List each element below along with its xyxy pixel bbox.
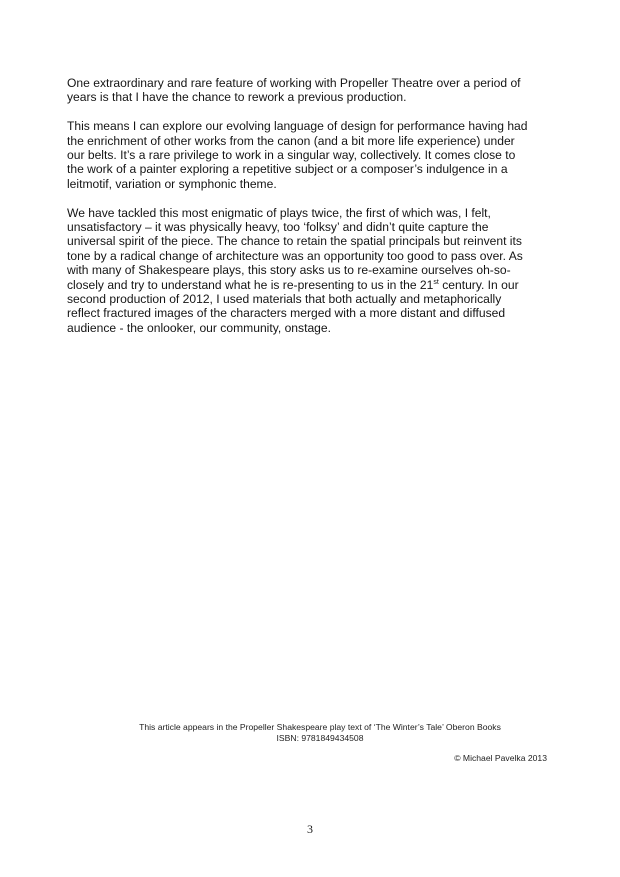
copyright-notice: © Michael Pavelka 2013 [454,753,547,763]
isbn: ISBN: 9781849434508 [100,733,540,744]
text-line: reflect fractured images of the characte… [67,306,557,320]
text-line: years is that I have the chance to rewor… [67,90,557,104]
text-line: closely and try to understand what he is… [67,278,557,292]
text-line: second production of 2012, I used materi… [67,292,557,306]
text-segment: closely and try to understand what he is… [67,278,433,292]
text-line: This means I can explore our evolving la… [67,119,557,133]
text-line: the work of a painter exploring a repeti… [67,162,557,176]
document-page: One extraordinary and rare feature of wo… [0,0,620,877]
publication-note-line: This article appears in the Propeller Sh… [100,722,540,733]
text-line: with many of Shakespeare plays, this sto… [67,263,557,277]
article-body: One extraordinary and rare feature of wo… [67,76,557,350]
text-line: unsatisfactory – it was physically heavy… [67,220,557,234]
text-line: the enrichment of other works from the c… [67,134,557,148]
text-segment: century. In our [439,278,519,292]
page-number: 3 [0,822,620,837]
text-line: leitmotif, variation or symphonic theme. [67,177,557,191]
paragraph-3: We have tackled this most enigmatic of p… [67,206,557,336]
text-line: One extraordinary and rare feature of wo… [67,76,557,90]
paragraph-2: This means I can explore our evolving la… [67,119,557,191]
text-line: our belts. It’s a rare privilege to work… [67,148,557,162]
text-line: tone by a radical change of architecture… [67,249,557,263]
text-line: audience - the onlooker, our community, … [67,321,557,335]
paragraph-1: One extraordinary and rare feature of wo… [67,76,557,105]
publication-note: This article appears in the Propeller Sh… [100,722,540,743]
text-line: universal spirit of the piece. The chanc… [67,234,557,248]
text-line: We have tackled this most enigmatic of p… [67,206,557,220]
